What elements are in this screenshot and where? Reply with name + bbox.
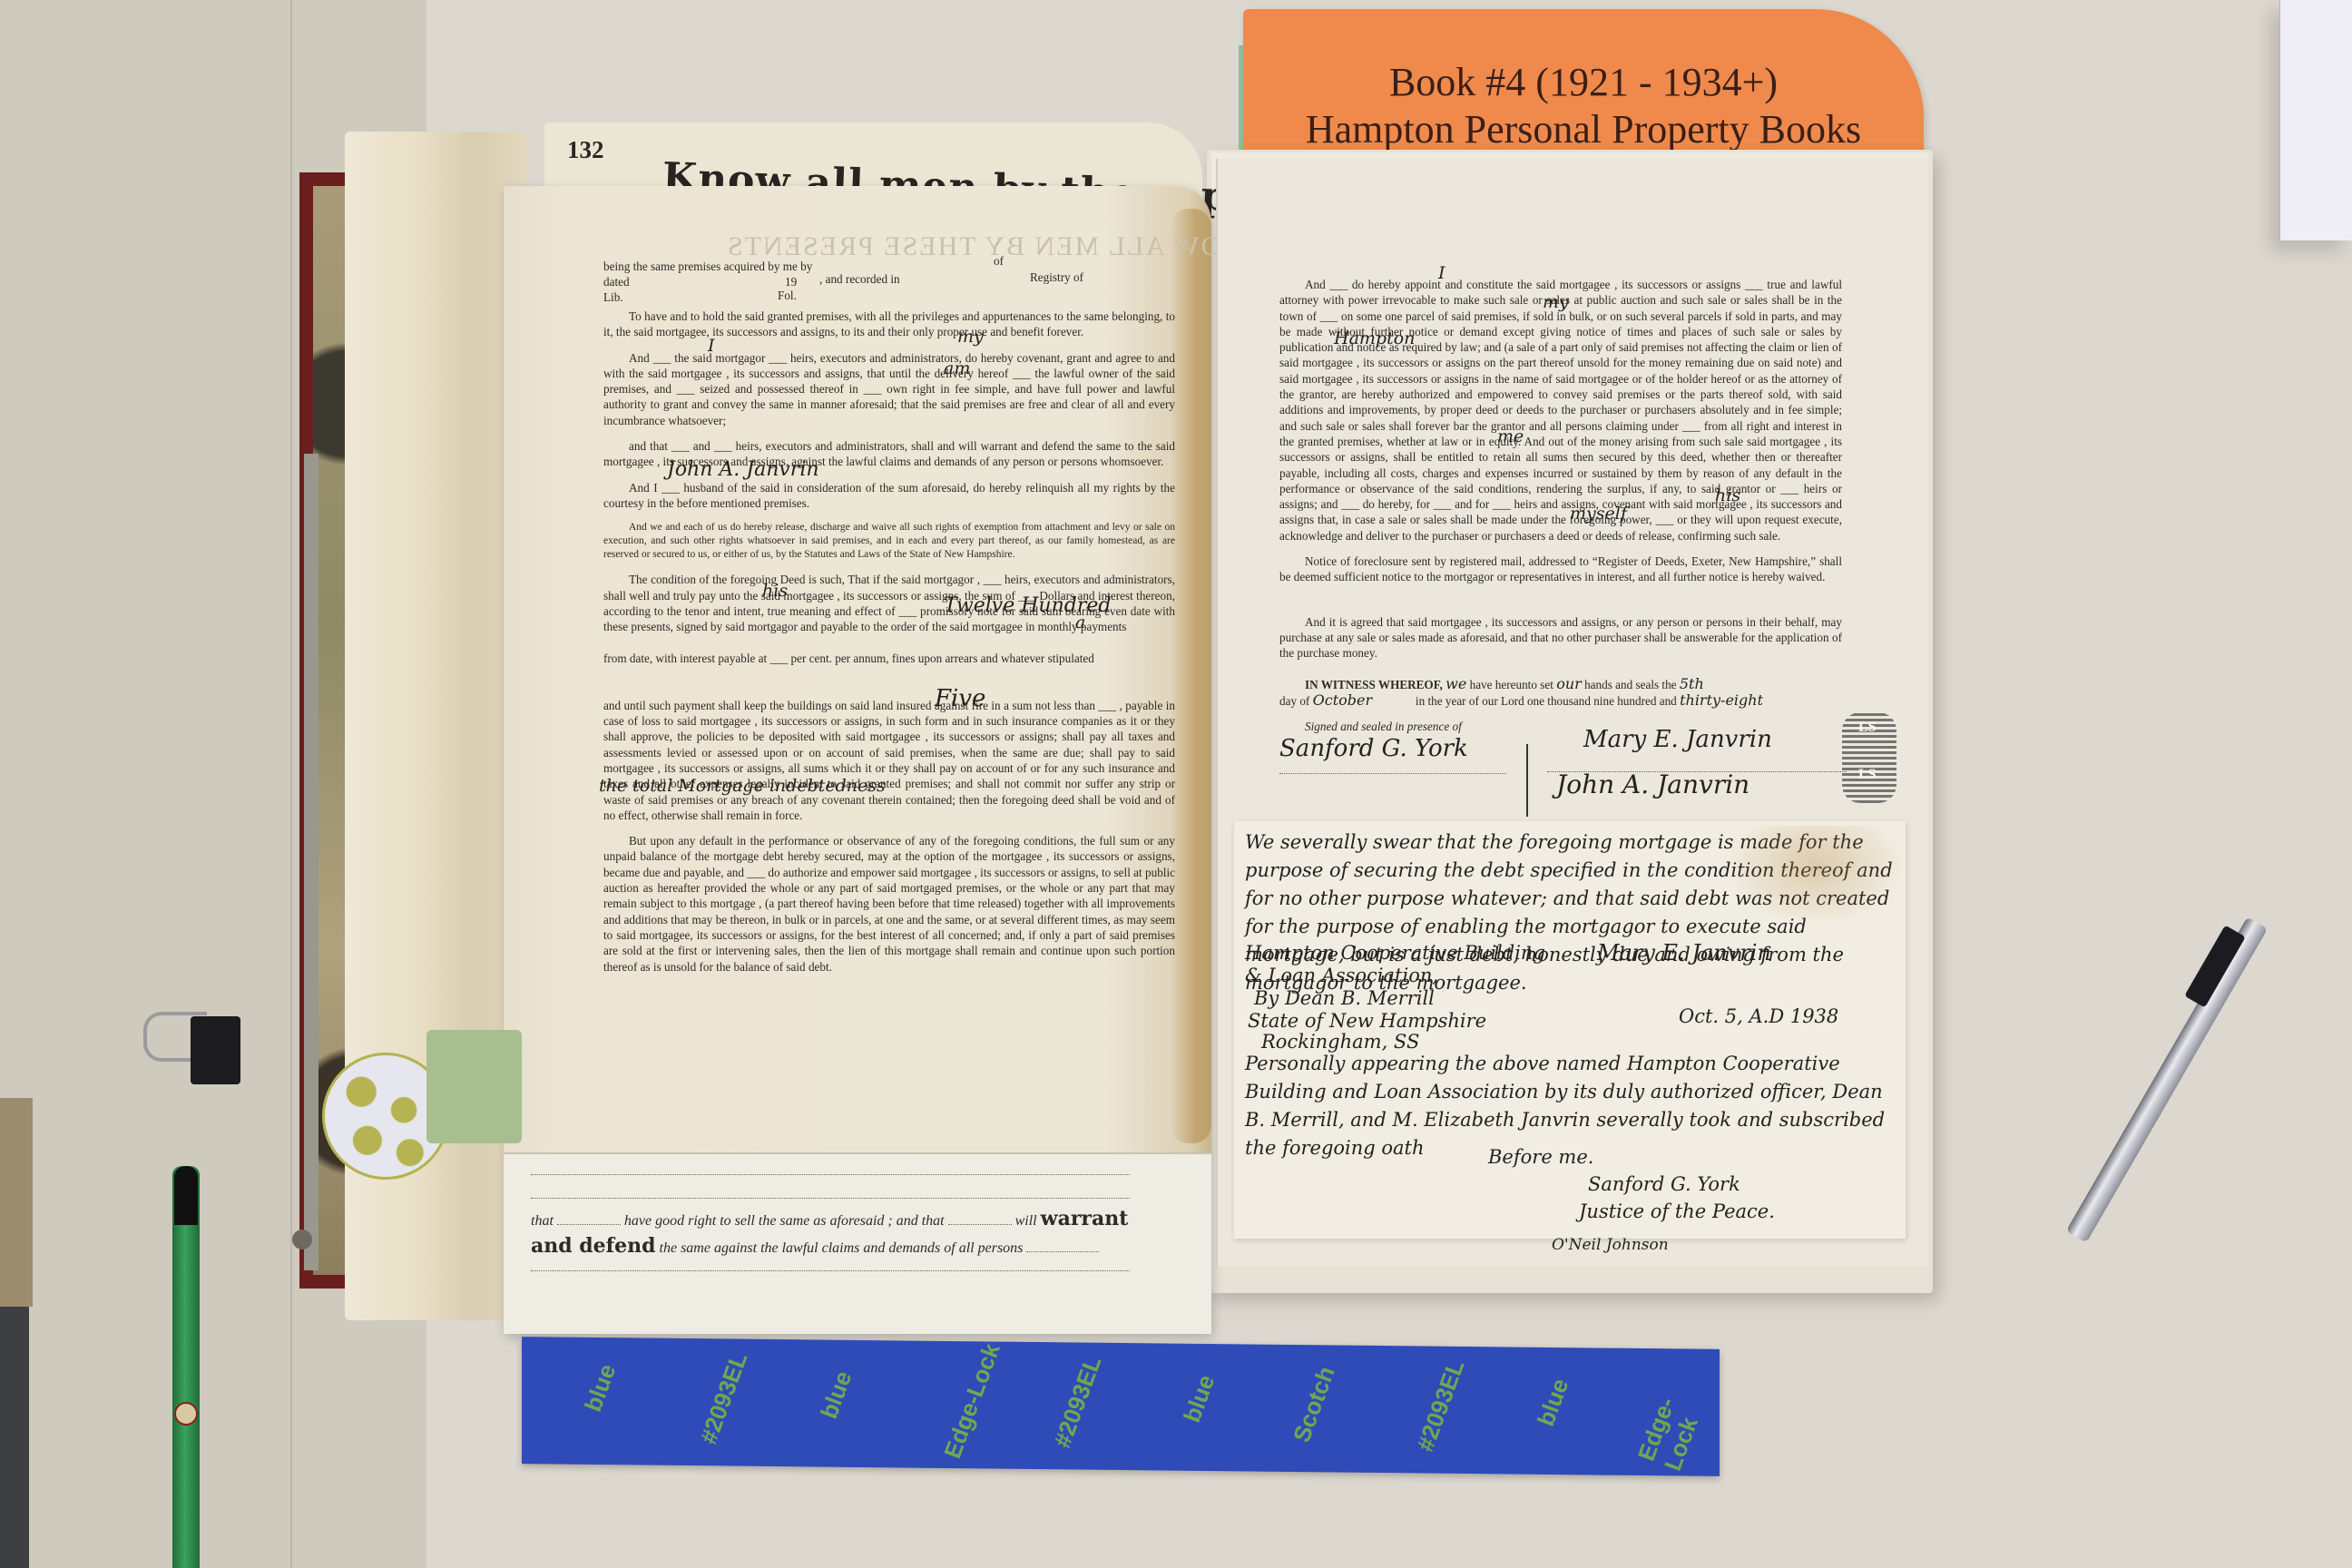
affidavit-date: Oct. 5, A.D 1938 <box>1679 1003 1838 1031</box>
witness-signature: Sanford G. York <box>1279 735 1468 762</box>
field-of: of <box>994 253 1004 269</box>
warranty-insert-slip: that have good right to sell the same as… <box>504 1152 1211 1334</box>
page-number: 132 <box>567 136 604 164</box>
signature-mary-janvrin: Mary E. Janvrin <box>1583 726 1772 753</box>
table-hole <box>292 1230 312 1249</box>
paragraph-homestead: And we and each of us do hereby release,… <box>603 521 1175 562</box>
tape-print-scotch: Scotch <box>1288 1363 1341 1446</box>
tape-print-code: #2093EL <box>694 1348 753 1448</box>
field-lib: Lib. <box>603 289 623 305</box>
folded-paper-corner <box>2279 0 2352 240</box>
seal-ls-1: LS <box>1858 720 1877 736</box>
tape-print-blue: blue <box>579 1360 622 1416</box>
affidavit-justice-title: Justice of the Peace. <box>1579 1198 1775 1226</box>
hand-my: my <box>957 327 984 347</box>
dark-binder-edge <box>0 1307 29 1568</box>
insert-warrant: warrant <box>1041 1207 1129 1230</box>
hand-am: am <box>944 358 970 378</box>
witness-hands-seals: hands and seals the <box>1584 678 1676 691</box>
hand-my-right: my <box>1543 292 1569 312</box>
tape-print-edgelock-2: Edge-Lock <box>1632 1370 1716 1475</box>
witness-have-set: have hereunto set <box>1470 678 1553 691</box>
field-dated: dated <box>603 274 630 289</box>
paragraph-default: But upon any default in the performance … <box>603 833 1175 975</box>
field-being: being the same premises acquired by me b… <box>603 259 812 274</box>
green-pen-cap <box>174 1166 198 1225</box>
seal-scribble: LS LS <box>1842 712 1896 803</box>
green-pen[interactable] <box>172 1166 200 1568</box>
tape-print-code-2: #2093EL <box>1048 1352 1107 1452</box>
affidavit-signer: Mary E. Janvrin <box>1597 939 1771 967</box>
paragraph-power-of-sale: And ___ do hereby appoint and constitute… <box>1279 277 1842 544</box>
signature-john-janvrin: John A. Janvrin <box>667 458 819 481</box>
water-stain <box>1171 209 1211 1143</box>
witness-our: our <box>1556 675 1582 692</box>
below-slip-signature: O'Neil Johnson <box>1552 1236 1669 1254</box>
witness-year-text: in the year of our Lord one thousand nin… <box>1416 694 1677 708</box>
tape-print-blue-2: blue <box>815 1367 857 1423</box>
witness-year: thirty-eight <box>1680 691 1763 709</box>
witness-day-of: day of <box>1279 694 1309 708</box>
book-label-subtitle: Hampton Personal Property Books <box>1243 106 1924 153</box>
blue-painters-tape: blue #2093EL blue Edge-Lock #2093EL blue… <box>522 1337 1720 1476</box>
insert-good-right: have good right to sell the same as afor… <box>624 1213 945 1229</box>
insert-and-defend: and defend <box>531 1234 656 1258</box>
paragraph-interest: from date, with interest payable at ___ … <box>603 651 1175 666</box>
spine-cloth <box>304 454 318 1270</box>
hand-i-right: I <box>1438 263 1445 283</box>
insert-will: will <box>1015 1213 1037 1229</box>
hand-sum: Twelve Hundred <box>944 594 1111 617</box>
table-seam <box>290 0 292 1568</box>
paragraph-habendum: To have and to hold the said granted pre… <box>603 309 1175 340</box>
hand-his-right: his <box>1715 485 1740 505</box>
affidavit-justice-signature: Sanford G. York <box>1588 1171 1740 1199</box>
tape-print-code-3: #2093EL <box>1411 1356 1470 1455</box>
hand-i: I <box>708 336 715 356</box>
signed-sealed-label: Signed and sealed in presence of <box>1305 719 1860 734</box>
hand-myself: myself <box>1570 504 1627 524</box>
tape-print-edgelock: Edge-Lock <box>938 1339 1006 1462</box>
witness-we: we <box>1445 675 1466 692</box>
green-pen-logo <box>174 1402 198 1426</box>
insert-that: that <box>531 1213 554 1229</box>
book-label-title: Book #4 (1921 - 1934+) <box>1243 59 1924 106</box>
hand-rate: Five <box>935 685 985 712</box>
tape-print-blue-4: blue <box>1532 1375 1574 1430</box>
signature-brace <box>1526 744 1528 817</box>
hand-his: his <box>762 581 788 601</box>
paragraph-covenant: And ___ the said mortgagor ___ heirs, ex… <box>603 350 1175 428</box>
witness-month: October <box>1313 692 1413 708</box>
tape-print-blue-3: blue <box>1178 1371 1220 1426</box>
insert-claims: the same against the lawful claims and d… <box>660 1240 1024 1256</box>
signature-john-janvrin-right: John A. Janvrin <box>1556 769 1749 799</box>
left-page-header-fields: being the same premises acquired by me b… <box>603 259 1175 306</box>
field-fol: Fol. <box>778 288 797 303</box>
green-binder-clip[interactable] <box>426 1030 522 1143</box>
witness-prefix: IN WITNESS WHEREOF, <box>1305 678 1443 691</box>
paragraph-insurance: and until such payment shall keep the bu… <box>603 698 1175 823</box>
black-binder-clip[interactable] <box>191 1016 240 1084</box>
left-page-body: To have and to hold the said granted pre… <box>603 309 1175 985</box>
witness-day: 5th <box>1680 675 1704 692</box>
paragraph-purchase: And it is agreed that said mortgagee , i… <box>1279 614 1842 661</box>
hand-a: a <box>1075 612 1085 632</box>
hand-insured-sum: the total Mortgage indebtedness <box>599 776 886 796</box>
cardboard-box-edge <box>0 1098 33 1307</box>
affidavit-before-me: Before me. <box>1488 1143 1593 1171</box>
witness-clause: IN WITNESS WHEREOF, we have hereunto set… <box>1279 676 1860 734</box>
paragraph-courtesy: And I ___ husband of the said in conside… <box>603 480 1175 512</box>
seal-ls-2: LS <box>1858 767 1877 783</box>
field-recorded: , and recorded in <box>819 271 900 287</box>
paragraph-foreclosure-notice: Notice of foreclosure sent by registered… <box>1279 554 1842 585</box>
field-registry: Registry of <box>1030 269 1083 285</box>
hand-town: Hampton <box>1334 328 1415 348</box>
affidavit-stain <box>1724 826 1906 926</box>
hand-me: me <box>1497 426 1524 446</box>
